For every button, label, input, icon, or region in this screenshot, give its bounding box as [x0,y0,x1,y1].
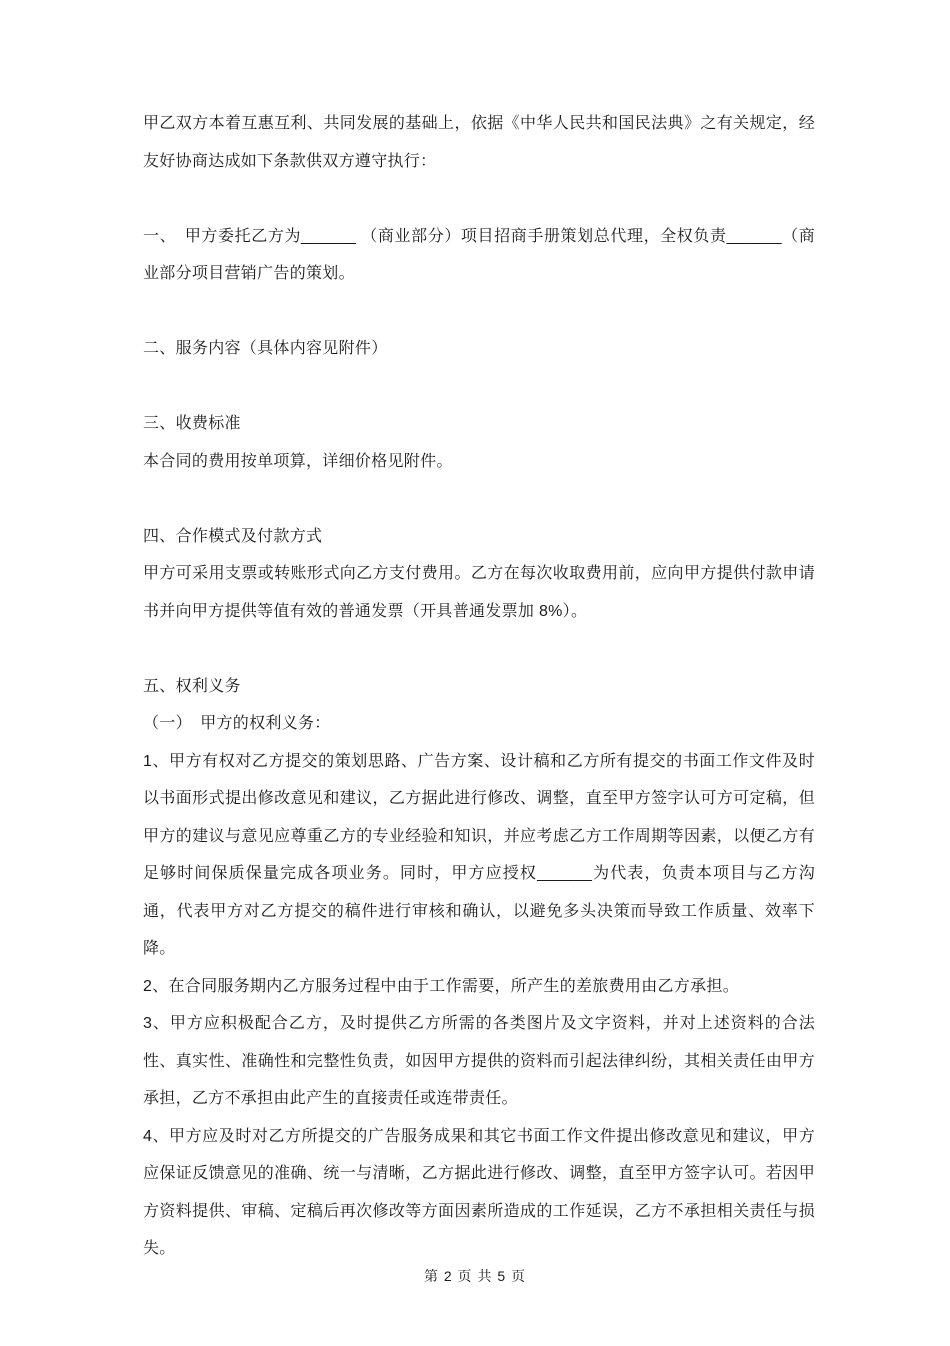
clause-5-item-4: 4、甲方应及时对乙方所提交的广告服务成果和其它书面工作文件提出修改意见和建议，甲… [143,1118,815,1268]
paragraph-intro: 甲乙双方本着互惠互利、共同发展的基础上，依据《中华人民共和国民法典》之有关规定，… [143,105,815,180]
clause-3-heading: 三、收费标准 [143,405,815,443]
clause-5-item-2: 2、在合同服务期内乙方服务过程中由于工作需要，所产生的差旅费用由乙方承担。 [143,968,815,1006]
clause-1: 一、 甲方委托乙方为______ （商业部分）项目招商手册策划总代理，全权负责_… [143,218,815,293]
blank-line [143,630,815,668]
clause-4-body: 甲方可采用支票或转账形式向乙方支付费用。乙方在每次收取费用前，应向甲方提供付款申… [143,555,815,630]
blank-line [143,293,815,331]
clause-5-heading: 五、权利义务 [143,668,815,706]
blank-line [143,368,815,406]
clause-3-body: 本合同的费用按单项算，详细价格见附件。 [143,443,815,481]
blank-line [143,180,815,218]
clause-4-heading: 四、合作模式及付款方式 [143,518,815,556]
clause-2-heading: 二、服务内容（具体内容见附件） [143,330,815,368]
clause-5-item-1: 1、甲方有权对乙方提交的策划思路、广告方案、设计稿和乙方所有提交的书面工作文件及… [143,743,815,968]
page-footer: 第 2 页 共 5 页 [0,1266,950,1286]
clause-5-sub-heading: （一） 甲方的权利义务： [143,705,815,743]
blank-line [143,480,815,518]
contract-body: 甲乙双方本着互惠互利、共同发展的基础上，依据《中华人民共和国民法典》之有关规定，… [143,105,815,1268]
document-page: 甲乙双方本着互惠互利、共同发展的基础上，依据《中华人民共和国民法典》之有关规定，… [0,0,950,1346]
page-number-indicator: 第 2 页 共 5 页 [424,1268,526,1284]
clause-5-item-3: 3、甲方应积极配合乙方，及时提供乙方所需的各类图片及文字资料，并对上述资料的合法… [143,1005,815,1118]
